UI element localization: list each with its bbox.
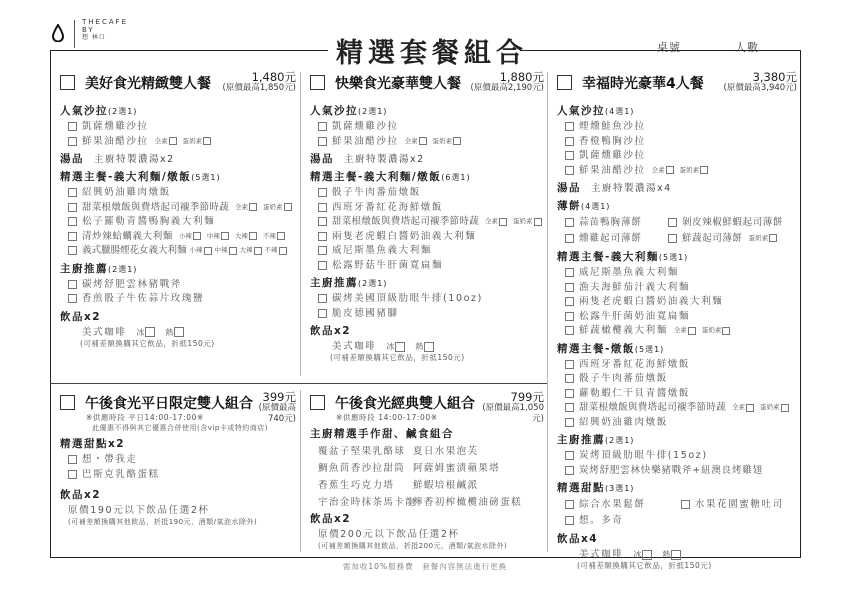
column-divider xyxy=(300,390,301,552)
checkbox[interactable] xyxy=(68,122,77,131)
vegan-option[interactable]: 全素 xyxy=(485,215,507,229)
spice-none-option[interactable]: 不辣 xyxy=(263,230,285,244)
checkbox[interactable] xyxy=(781,404,789,412)
checkbox[interactable] xyxy=(249,203,257,211)
category-heading: 人氣沙拉(2選1) xyxy=(310,103,544,118)
combo-item: 香蕉生巧克力塔 xyxy=(318,477,413,491)
checkbox[interactable] xyxy=(318,137,327,146)
item-label: 鮮果油醋沙拉 xyxy=(332,135,399,149)
option-label: 冰 xyxy=(136,326,144,339)
original-price: (原價最高740元) xyxy=(253,403,296,425)
hot-option[interactable]: 熱 xyxy=(165,326,184,339)
checkbox[interactable] xyxy=(68,188,77,197)
item-label: 甜菜根燉飯與費塔起司襯季節時蔬 xyxy=(579,401,726,415)
ovo-lacto-option[interactable]: 蛋奶素 xyxy=(513,215,542,229)
choice-rule: (4選1) xyxy=(581,202,610,211)
spice-hot-option[interactable]: 大辣 xyxy=(240,244,262,258)
category-title: 精選主餐-義大利麵/燉飯 xyxy=(60,171,191,183)
checkbox[interactable] xyxy=(700,166,708,174)
checkbox[interactable] xyxy=(666,166,674,174)
checkbox[interactable] xyxy=(668,218,677,227)
checkbox[interactable] xyxy=(565,500,574,509)
checkbox[interactable] xyxy=(565,466,574,475)
checkbox[interactable] xyxy=(193,232,201,240)
item-label: 西班牙番紅花海鮮燉飯 xyxy=(332,201,443,215)
spice-medium-option[interactable]: 中辣 xyxy=(207,230,229,244)
menu-item[interactable]: 炭烤頂級肋眼牛排(15oz) xyxy=(565,449,797,463)
price: 799元 xyxy=(475,392,544,403)
water-drop-icon xyxy=(52,24,64,42)
category-title: 人氣沙拉 xyxy=(310,105,358,117)
option-label: 全素 xyxy=(405,135,418,149)
category-heading: 精選主餐-義大利麵/燉飯(5選1) xyxy=(60,169,296,184)
set-select-checkbox[interactable] xyxy=(310,75,325,90)
checkbox[interactable] xyxy=(174,327,184,337)
drink-heading: 飲品x2 xyxy=(60,487,296,502)
choice-rule: (2選1) xyxy=(358,107,387,116)
restriction-note: 此優惠不得與其它優惠合併使用(含vip卡或特約商店) xyxy=(92,423,296,433)
menu-item[interactable]: 漁夫海鮮茄汁義大利麵 xyxy=(565,281,797,295)
checkbox[interactable] xyxy=(318,232,327,241)
vegan-option[interactable]: 全素 xyxy=(235,201,257,215)
category-title: 精選主餐-燉飯 xyxy=(557,343,635,355)
category-heading: 主廚推薦(2選1) xyxy=(60,261,296,276)
checkbox[interactable] xyxy=(204,247,212,255)
spice-mild-option[interactable]: 小辣 xyxy=(179,230,201,244)
item-label: 美式咖啡 xyxy=(579,548,623,561)
menu-item[interactable]: 骰子牛肉番茄燉飯 xyxy=(318,186,544,200)
checkbox[interactable] xyxy=(249,232,257,240)
category-title: 湯品 xyxy=(557,182,581,194)
category-heading: 主廚推薦(2選1) xyxy=(310,275,544,290)
item-label: 脆皮德國豬腳 xyxy=(332,307,399,321)
checkbox[interactable] xyxy=(68,137,77,146)
item-label: 鮮蔬起司薄餅 xyxy=(682,232,743,246)
vegan-option[interactable]: 全素 xyxy=(674,324,696,338)
set-name: 幸福時光豪華4人餐 xyxy=(582,73,704,93)
option-label: 大辣 xyxy=(235,230,248,244)
menu-item[interactable]: 凱薩燻雞沙拉 xyxy=(68,120,296,134)
item-label: 甜菜根燉飯與費塔起司襯季節時蔬 xyxy=(82,201,229,215)
original-price: (原價最高1,850元) xyxy=(223,83,296,94)
item-label: 威尼斯墨魚義大利麵 xyxy=(579,266,679,280)
original-price: (原價最高1,050元) xyxy=(475,403,544,425)
original-price: (原價最高3,940元) xyxy=(724,83,797,94)
menu-item[interactable]: 鮮蔬起司薄餅 蛋奶素 xyxy=(668,232,797,246)
category-title: 湯品 xyxy=(60,153,84,165)
section-divider xyxy=(50,383,547,384)
checkbox[interactable] xyxy=(769,234,777,242)
soup-value: 主廚特製濃湯x4 xyxy=(591,183,672,194)
checkbox[interactable] xyxy=(318,261,327,270)
set-price: 3,380元 (原價最高3,940元) xyxy=(724,72,797,94)
checkbox[interactable] xyxy=(722,327,730,335)
menu-item[interactable]: 巴斯克乳酪蛋糕 xyxy=(68,468,296,482)
option-label: 蛋奶素 xyxy=(749,232,769,246)
dessert-grid: 綜合水果鬆餅 水果花園蜜糖吐司 想。多奇 xyxy=(565,497,797,528)
coffee-item: 美式咖啡 冰 熱 xyxy=(579,548,797,561)
checkbox[interactable] xyxy=(318,246,327,255)
set-name: 午後食光平日限定雙人組合 xyxy=(85,393,253,413)
combo-item: 檸香初榨橄欖油磅蛋糕 xyxy=(413,494,544,508)
item-label: 碳烤美國頂級肋眼牛排(10oz) xyxy=(332,292,483,306)
set-menu-3: 幸福時光豪華4人餐 3,380元 (原價最高3,940元) 人氣沙拉(4選1) … xyxy=(549,72,797,571)
checkbox[interactable] xyxy=(565,516,574,525)
checkbox[interactable] xyxy=(565,137,574,146)
coffee-item: 美式咖啡 冰 熱 xyxy=(332,340,544,353)
ovo-lacto-option[interactable]: 蛋奶素 xyxy=(680,164,709,178)
logo-divider xyxy=(74,20,75,48)
cafe-logo: THECAFE BY 想 林口 xyxy=(52,18,128,48)
checkbox[interactable] xyxy=(565,268,574,277)
combo-items: 覆盆子堅果乳酪球 夏日水果泡芙 鯛魚茴香沙拉甜筒 阿薩姆蜜漬蘋果塔 香蕉生巧克力… xyxy=(318,443,544,508)
checkbox[interactable] xyxy=(419,137,427,145)
checkbox[interactable] xyxy=(318,122,327,131)
combo-item: 鮮蝦培根鹹派 xyxy=(413,477,544,491)
pancake-grid: 蒜苗鴨胸薄餅 剝皮辣椒鮮蝦起司薄餅 燻雞起司薄餅 鮮蔬起司薄餅 蛋奶素 xyxy=(565,215,797,246)
checkbox[interactable] xyxy=(565,312,574,321)
category-heading: 精選甜點(3選1) xyxy=(557,480,797,495)
checkbox[interactable] xyxy=(671,550,681,560)
checkbox[interactable] xyxy=(453,137,461,145)
drink-heading: 飲品x2 xyxy=(310,511,544,526)
column-divider xyxy=(300,72,301,376)
item-label: 鮮蔬橄欖義大利麵 xyxy=(579,324,668,338)
checkbox[interactable] xyxy=(229,247,237,255)
checkbox[interactable] xyxy=(534,218,542,226)
option-label: 大辣 xyxy=(240,244,253,258)
vegan-option[interactable]: 全素 xyxy=(732,401,754,415)
menu-item[interactable]: 清炒辣蛤蠣義大利麵 小辣 中辣 大辣 不辣 xyxy=(68,230,296,244)
combo-item: 鯛魚茴香沙拉甜筒 xyxy=(318,460,413,474)
menu-item[interactable]: 松露野菇牛肝菌寬扁麵 xyxy=(318,259,544,273)
checkbox[interactable] xyxy=(681,500,690,509)
item-label: 燻雞起司薄餅 xyxy=(579,232,642,246)
option-label: 冰 xyxy=(633,548,641,561)
set-select-checkbox[interactable] xyxy=(310,395,325,410)
checkbox[interactable] xyxy=(277,232,285,240)
menu-item[interactable]: 甜菜根燉飯與費塔起司襯季節時蔬 全素 蛋奶素 xyxy=(565,401,797,415)
item-label: 炭烤頂級肋眼牛排(15oz) xyxy=(579,449,708,463)
menu-item[interactable]: 燻雞起司薄餅 xyxy=(565,232,656,246)
footer-note: 需加收10%服務費 套餐內容無法進行更換 xyxy=(0,561,850,572)
checkbox[interactable] xyxy=(565,283,574,292)
option-label: 蛋奶素 xyxy=(702,324,722,338)
menu-item[interactable]: 綜合水果鬆餅 xyxy=(565,498,659,512)
menu-item[interactable]: 鮮蔬橄欖義大利麵 全素 蛋奶素 xyxy=(565,324,797,338)
menu-item[interactable]: 凱薩燻雞沙拉 xyxy=(318,120,544,134)
hot-option[interactable]: 熱 xyxy=(662,548,681,561)
item-label: 骰子牛肉蕃茄燉飯 xyxy=(579,372,668,386)
option-label: 熱 xyxy=(165,326,173,339)
option-label: 蛋奶素 xyxy=(760,401,780,415)
menu-item[interactable]: 香煎骰子牛佐蒜片玫瑰鹽 xyxy=(68,292,296,306)
menu-item[interactable]: 紹興奶油雞肉燉飯 xyxy=(68,186,296,200)
spice-none-option[interactable]: 不辣 xyxy=(265,244,287,258)
item-label: 兩隻老虎蝦白醬奶油義大利麵 xyxy=(332,230,476,244)
choice-rule: (6選1) xyxy=(441,173,470,182)
drink-heading: 飲品x2 xyxy=(310,323,544,338)
set-menu-1: 美好食光精緻雙人餐 1,480元 (原價最高1,850元) 人氣沙拉(2選1) … xyxy=(52,72,296,349)
iced-option[interactable]: 冰 xyxy=(386,340,405,353)
item-label: 松露野菇牛肝菌寬扁麵 xyxy=(332,259,443,273)
iced-option[interactable]: 冰 xyxy=(633,548,652,561)
ovo-lacto-option[interactable]: 蛋奶素 xyxy=(702,324,731,338)
checkbox[interactable] xyxy=(746,404,754,412)
checkbox[interactable] xyxy=(565,403,574,412)
checkbox[interactable] xyxy=(145,327,155,337)
set-price: 799元 (原價最高1,050元) xyxy=(475,392,544,425)
checkbox[interactable] xyxy=(284,203,292,211)
checkbox[interactable] xyxy=(318,203,327,212)
item-label: 炭烤舒肥雲林快樂豬戰斧+紐澳良烤雞翅 xyxy=(579,464,763,478)
menu-item[interactable]: 骰子牛肉蕃茄燉飯 xyxy=(565,372,797,386)
menu-item[interactable]: 鮮果油醋沙拉 全素 蛋奶素 xyxy=(68,135,296,149)
checkbox[interactable] xyxy=(565,166,574,175)
item-label: 紹興奶油雞肉燉飯 xyxy=(82,186,171,200)
spice-hot-option[interactable]: 大辣 xyxy=(235,230,257,244)
vegan-option[interactable]: 全素 xyxy=(652,164,674,178)
choice-rule: (2選1) xyxy=(605,436,634,445)
checkbox[interactable] xyxy=(565,218,574,227)
checkbox[interactable] xyxy=(68,232,77,241)
set-select-checkbox[interactable] xyxy=(557,75,572,90)
checkbox[interactable] xyxy=(565,326,574,335)
item-label: 香煎骰子牛佐蒜片玫瑰鹽 xyxy=(82,292,204,306)
category-heading: 精選主餐-義大利麵(5選1) xyxy=(557,249,797,264)
menu-item[interactable]: 鮮果油醋沙拉 全素 蛋奶素 xyxy=(565,164,797,178)
choice-rule: (2選1) xyxy=(108,265,137,274)
option-label: 蛋奶素 xyxy=(513,215,533,229)
checkbox[interactable] xyxy=(68,455,77,464)
option-label: 不辣 xyxy=(265,244,278,258)
menu-item[interactable]: 兩隻老虎蝦白醬奶油義大利麵 xyxy=(565,295,797,309)
item-label: 凱薩燻雞沙拉 xyxy=(82,120,149,134)
menu-item[interactable]: 西班牙番紅花海鮮燉飯 xyxy=(318,201,544,215)
menu-item[interactable]: 甜菜根燉飯與費塔起司襯季節時蔬 全素 蛋奶素 xyxy=(68,201,296,215)
checkbox[interactable] xyxy=(499,218,507,226)
option-label: 中辣 xyxy=(207,230,220,244)
category-heading: 人氣沙拉(4選1) xyxy=(557,103,797,118)
menu-item[interactable]: 炭烤舒肥雲林快樂豬戰斧+紐澳良烤雞翅 xyxy=(565,464,797,478)
category-title: 精選甜點 xyxy=(557,482,605,494)
item-label: 水果花園蜜糖吐司 xyxy=(695,498,784,512)
drink-heading: 飲品x4 xyxy=(557,531,797,546)
menu-item[interactable]: 碳烤舒肥雲林豬戰斧 xyxy=(68,278,296,292)
category-heading: 主廚推薦(2選1) xyxy=(557,432,797,447)
checkbox[interactable] xyxy=(318,294,327,303)
menu-item[interactable]: 兩隻老虎蝦白醬奶油義大利麵 xyxy=(318,230,544,244)
item-label: 鮮果油醋沙拉 xyxy=(82,135,149,149)
menu-item[interactable]: 香橙鴨胸沙拉 xyxy=(565,135,797,149)
frame-border xyxy=(520,50,801,51)
menu-item[interactable]: 甜菜根燉飯與費塔起司襯季節時蔬 全素 蛋奶素 xyxy=(318,215,544,229)
checkbox[interactable] xyxy=(565,451,574,460)
coffee-item: 美式咖啡 冰 熱 xyxy=(82,326,296,339)
checkbox[interactable] xyxy=(221,232,229,240)
choice-rule: (5選1) xyxy=(191,173,220,182)
item-label: 西班牙番紅花海鮮燉飯 xyxy=(579,358,690,372)
item-label: 松露牛肝菌奶油寬扁麵 xyxy=(579,310,690,324)
ovo-lacto-option[interactable]: 蛋奶素 xyxy=(183,135,212,149)
combo-item: 夏日水果泡芙 xyxy=(413,443,544,457)
spice-mild-option[interactable]: 小辣 xyxy=(190,244,212,258)
menu-item[interactable]: 蘿勒蝦仁干貝青醬燉飯 xyxy=(565,387,797,401)
checkbox[interactable] xyxy=(68,203,77,212)
page-title: 精選套餐組合 xyxy=(336,31,528,70)
option-label: 熱 xyxy=(662,548,670,561)
choice-rule: (5選1) xyxy=(659,253,688,262)
spice-medium-option[interactable]: 中辣 xyxy=(215,244,237,258)
menu-item[interactable]: 煙燻鮭魚沙拉 xyxy=(565,120,797,134)
category-title: 湯品 xyxy=(310,153,334,165)
option-label: 蛋奶素 xyxy=(263,201,283,215)
category-heading: 薄餅(4選1) xyxy=(557,198,797,213)
checkbox[interactable] xyxy=(203,137,211,145)
item-label: 蘿勒蝦仁干貝青醬燉飯 xyxy=(579,387,690,401)
ovo-lacto-option[interactable]: 蛋奶素 xyxy=(263,201,292,215)
item-label: 凱薩燻雞沙拉 xyxy=(332,120,399,134)
ovo-lacto-option[interactable]: 蛋奶素 xyxy=(749,232,778,246)
menu-item[interactable]: 凱薩燻雞沙拉 xyxy=(565,149,797,163)
item-label: 紹興奶油雞肉燉飯 xyxy=(579,416,668,430)
checkbox[interactable] xyxy=(565,151,574,160)
original-price: (原價最高2,190元) xyxy=(471,83,544,94)
category-heading: 人氣沙拉(2選1) xyxy=(60,103,296,118)
menu-item[interactable]: 碳烤美國頂級肋眼牛排(10oz) xyxy=(318,292,544,306)
checkbox[interactable] xyxy=(668,234,677,243)
checkbox[interactable] xyxy=(169,137,177,145)
set-name: 午後食光經典雙人組合 xyxy=(335,393,475,413)
column-divider xyxy=(547,72,548,552)
item-label: 想。多奇 xyxy=(579,514,623,528)
menu-item[interactable]: 蒜苗鴨胸薄餅 xyxy=(565,216,656,230)
option-label: 熱 xyxy=(415,340,423,353)
category-title: 人氣沙拉 xyxy=(60,105,108,117)
vegan-option[interactable]: 全素 xyxy=(405,135,427,149)
menu-item[interactable]: 水果花園蜜糖吐司 xyxy=(681,498,797,512)
item-label: 威尼斯墨魚義大利麵 xyxy=(332,244,432,258)
item-label: 想・帶我走 xyxy=(82,453,138,467)
checkbox[interactable] xyxy=(565,389,574,398)
drink-note: (可補差額換購其他飲品，折抵190元，酒類/氣泡水除外) xyxy=(68,517,296,527)
ovo-lacto-option[interactable]: 蛋奶素 xyxy=(433,135,462,149)
item-label: 清炒辣蛤蠣義大利麵 xyxy=(82,230,173,244)
checkbox[interactable] xyxy=(424,342,434,352)
menu-item[interactable]: 松露牛肝菌奶油寬扁麵 xyxy=(565,310,797,324)
option-label: 蛋奶素 xyxy=(183,135,203,149)
choice-rule: (3選1) xyxy=(605,484,634,493)
item-label: 鮮果油醋沙拉 xyxy=(579,164,646,178)
combo-item: 覆盆子堅果乳酪球 xyxy=(318,443,413,457)
checkbox[interactable] xyxy=(565,122,574,131)
set-select-checkbox[interactable] xyxy=(60,395,75,410)
menu-item[interactable]: 威尼斯墨魚義大利麵 xyxy=(318,244,544,258)
checkbox[interactable] xyxy=(318,217,327,226)
option-label: 全素 xyxy=(652,164,665,178)
checkbox[interactable] xyxy=(68,470,77,479)
choice-rule: (4選1) xyxy=(605,107,634,116)
category-title: 主廚推薦 xyxy=(310,277,358,289)
vegan-option[interactable]: 全素 xyxy=(155,135,177,149)
item-label: 松子羅勒青醬鴨胸義大利麵 xyxy=(82,215,215,229)
item-label: 剝皮辣椒鮮蝦起司薄餅 xyxy=(682,216,783,230)
option-label: 全素 xyxy=(732,401,745,415)
option-label: 不辣 xyxy=(263,230,276,244)
drink-note: (可補差額換購其它飲品，折抵150元) xyxy=(330,353,544,363)
menu-item[interactable]: 松子羅勒青醬鴨胸義大利麵 xyxy=(68,215,296,229)
category-title: 主廚推薦 xyxy=(60,263,108,275)
menu-item[interactable]: 義式臘腸煙花女義大利麵 小辣 中辣 大辣 不辣 xyxy=(68,244,296,258)
item-label: 蒜苗鴨胸薄餅 xyxy=(579,216,642,230)
item-label: 碳烤舒肥雲林豬戰斧 xyxy=(82,278,182,292)
checkbox[interactable] xyxy=(565,418,574,427)
checkbox[interactable] xyxy=(68,217,77,226)
category-title: 主廚推薦 xyxy=(557,434,605,446)
option-label: 冰 xyxy=(386,340,394,353)
option-label: 中辣 xyxy=(215,244,228,258)
frame-border xyxy=(50,50,51,558)
menu-item[interactable]: 脆皮德國豬腳 xyxy=(318,307,544,321)
option-label: 全素 xyxy=(485,215,498,229)
checkbox[interactable] xyxy=(642,550,652,560)
checkbox[interactable] xyxy=(68,280,77,289)
combo-heading: 主廚精選手作甜、鹹食組合 xyxy=(310,426,544,441)
checkbox[interactable] xyxy=(254,247,262,255)
checkbox[interactable] xyxy=(565,374,574,383)
menu-item[interactable]: 威尼斯墨魚義大利麵 xyxy=(565,266,797,280)
dessert-heading: 精選甜點x2 xyxy=(60,436,296,451)
item-label: 甜菜根燉飯與費塔起司襯季節時蔬 xyxy=(332,215,479,229)
drink-note: (可補差額換購其他飲品，折抵200元，酒類/氣泡水除外) xyxy=(318,541,544,551)
choice-rule: (2選1) xyxy=(358,279,387,288)
checkbox[interactable] xyxy=(688,327,696,335)
hot-option[interactable]: 熱 xyxy=(415,340,434,353)
price: 399元 xyxy=(253,392,296,403)
soup-heading: 湯品主廚特製濃湯x2 xyxy=(60,151,296,166)
menu-item[interactable]: 西班牙番紅花海鮮燉飯 xyxy=(565,358,797,372)
item-label: 美式咖啡 xyxy=(82,326,126,339)
checkbox[interactable] xyxy=(565,234,574,243)
checkbox[interactable] xyxy=(395,342,405,352)
category-heading: 精選主餐-義大利麵/燉飯(6選1) xyxy=(310,169,544,184)
option-label: 蛋奶素 xyxy=(680,164,700,178)
checkbox[interactable] xyxy=(565,360,574,369)
menu-item[interactable]: 想。多奇 xyxy=(565,514,659,528)
set-select-checkbox[interactable] xyxy=(60,75,75,90)
category-title: 薄餅 xyxy=(557,200,581,212)
drink-heading: 飲品x2 xyxy=(60,309,296,324)
menu-item[interactable]: 想・帶我走 xyxy=(68,453,296,467)
checkbox[interactable] xyxy=(68,246,77,255)
checkbox[interactable] xyxy=(318,309,327,318)
logo-line-1: THECAFE xyxy=(82,18,128,26)
menu-item[interactable]: 鮮果油醋沙拉 全素 蛋奶素 xyxy=(318,135,544,149)
menu-item[interactable]: 紹興奶油雞肉燉飯 xyxy=(565,416,797,430)
iced-option[interactable]: 冰 xyxy=(136,326,155,339)
checkbox[interactable] xyxy=(565,297,574,306)
checkbox[interactable] xyxy=(279,247,287,255)
category-heading: 精選主餐-燉飯(5選1) xyxy=(557,341,797,356)
menu-item[interactable]: 剝皮辣椒鮮蝦起司薄餅 xyxy=(668,216,797,230)
category-title: 精選主餐-義大利麵/燉飯 xyxy=(310,171,441,183)
checkbox[interactable] xyxy=(68,294,77,303)
set-price: 1,480元 (原價最高1,850元) xyxy=(223,72,296,94)
ovo-lacto-option[interactable]: 蛋奶素 xyxy=(760,401,789,415)
item-label: 兩隻老虎蝦白醬奶油義大利麵 xyxy=(579,295,723,309)
set-name: 美好食光精緻雙人餐 xyxy=(85,73,211,93)
checkbox[interactable] xyxy=(318,188,327,197)
